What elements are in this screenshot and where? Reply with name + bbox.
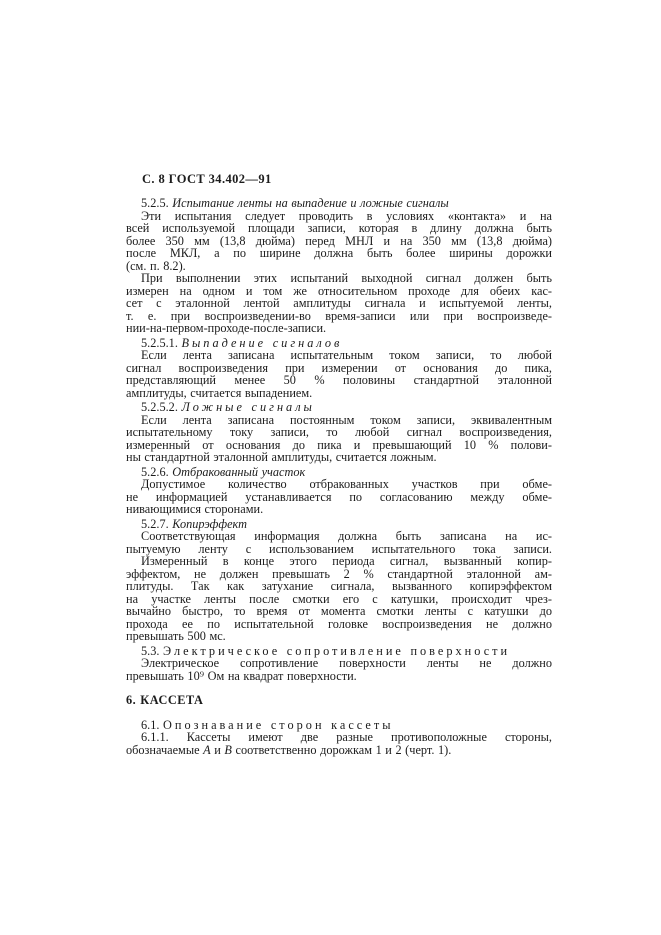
text-line: нивающимися сторонами. [126,503,552,516]
text-line: Электрическое сопротивление поверхности … [126,657,552,670]
heading-6-cassette: 6. КАССЕТА [126,694,552,707]
text-segment: 5.2.5. [141,196,172,210]
text-segment: В [224,743,232,757]
text-line: сет с эталонной лентой амплитуды сигнала… [126,297,552,310]
heading-5-2-5: 5.2.5. Испытание ленты на выпадение и ло… [126,197,552,210]
para-output-signal-measurement: При выполнении этих испытаний выходной с… [126,272,552,335]
text-line: плитуды. Так как затухание сигнала, вызв… [126,580,552,593]
para-print-through-recording: Соответствующая информация должна быть з… [126,530,552,555]
text-line: вычайно быстро, то время от момента смот… [126,605,552,618]
para-contact-conditions: Эти испытания следует проводить в услови… [126,210,552,273]
text-line: представляющий менее 50 % половины станд… [126,374,552,387]
heading-line: 5.2.5. Испытание ленты на выпадение и ло… [126,197,552,210]
text-line: превышать 10⁹ Ом на квадрат поверхности. [126,670,552,683]
para-print-through-limit: Измеренный в конце этого периода сигнал,… [126,555,552,643]
heading-line: 5.2.5.2. Ложные сигналы [126,401,552,414]
text-line: Допустимое количество отбракованных учас… [126,478,552,491]
para-rejected-sections: Допустимое количество отбракованных учас… [126,478,552,516]
page-header: С. 8 ГОСТ 34.402—91 [142,172,272,187]
text-line: превышать 500 мс. [126,630,552,643]
text-segment: соответственно дорожкам 1 и 2 (черт. 1). [232,743,451,757]
para-dropout-definition: Если лента записана испытательным током … [126,349,552,399]
text-line: Измеренный в конце этого периода сигнал,… [126,555,552,568]
para-surface-resistance: Электрическое сопротивление поверхности … [126,657,552,682]
para-cassette-sides: 6.1.1. Кассеты имеют две разные противоп… [126,731,552,756]
text-line: обозначаемые А и В соответственно дорожк… [126,744,552,757]
text-line: нии-на-первом-проходе-после-записи. [126,322,552,335]
text-segment: и [211,743,225,757]
text-line: испытательному току записи, то любой сиг… [126,426,552,439]
heading-5-2-5-2: 5.2.5.2. Ложные сигналы [126,401,552,414]
text-segment: обозначаемые [126,743,203,757]
text-line: после МКЛ, а по ширине должна быть более… [126,247,552,260]
text-line: ны стандартной эталонной амплитуды, счит… [126,451,552,464]
heading-line: 6. КАССЕТА [126,694,552,707]
text-segment: 5.2.5.2. [141,400,181,414]
text-block: 5.2.5. Испытание ленты на выпадение и ло… [126,195,552,756]
text-segment: Испытание ленты на выпадение и ложные си… [172,196,449,210]
document-page: С. 8 ГОСТ 34.402—91 5.2.5. Испытание лен… [0,0,661,935]
text-line: всей используемой площади записи, котора… [126,222,552,235]
text-segment: А [203,743,211,757]
text-line: При выполнении этих испытаний выходной с… [126,272,552,285]
text-line: амплитуды, считается выпадением. [126,387,552,400]
text-segment: Ложные сигналы [181,400,314,414]
para-false-signal-definition: Если лента записана постоянным током зап… [126,414,552,464]
text-line: Соответствующая информация должна быть з… [126,530,552,543]
text-line: Если лента записана испытательным током … [126,349,552,362]
